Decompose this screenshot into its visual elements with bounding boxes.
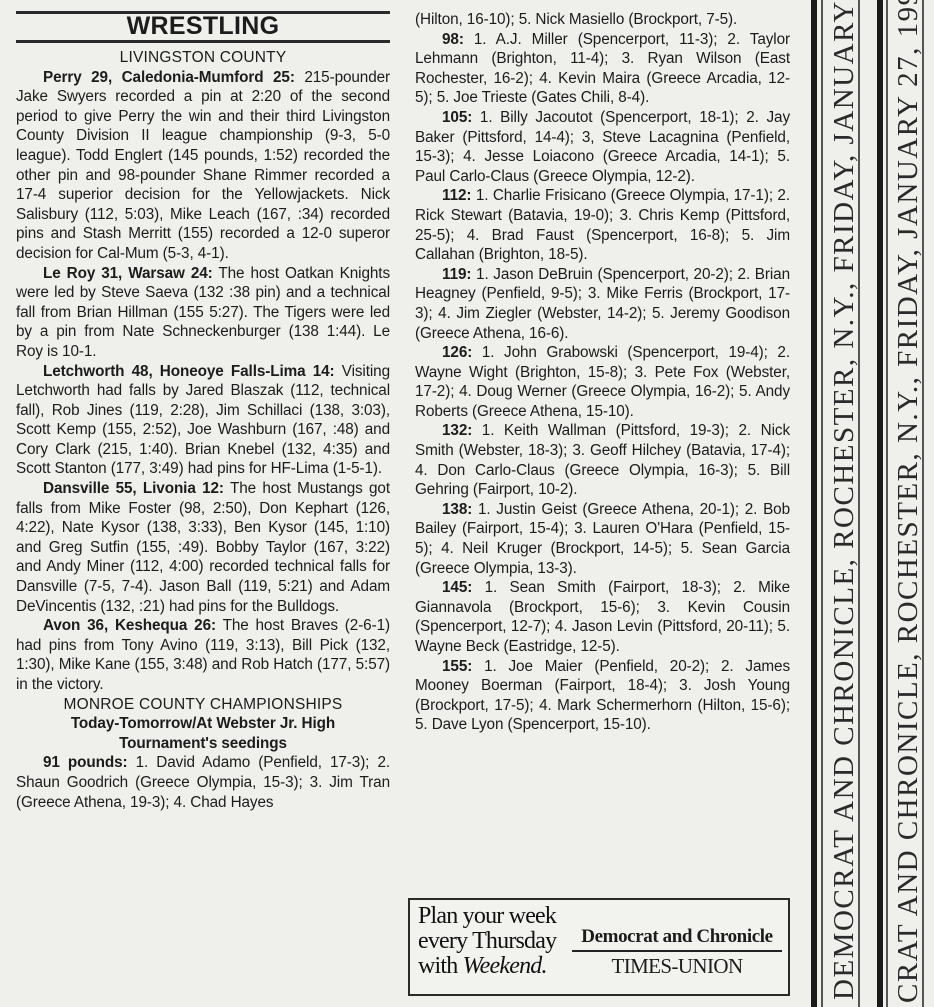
seeding-text: 1. Justin Geist (Greece Athena, 20-1); 2…	[415, 501, 790, 577]
seeding-weight: 91 pounds:	[43, 754, 128, 771]
seeding-text: 1. Billy Jacoutot (Spencerport, 18-1); 2…	[415, 109, 790, 185]
seeding-text: 1. Keith Wallman (Pittsford, 19-3); 2. N…	[415, 422, 790, 498]
result-lead: Dansville 55, Livonia 12:	[43, 480, 224, 497]
folio-text: DEMOCRAT AND CHRONICLE, ROCHESTER, N.Y.,…	[828, 0, 861, 1000]
folio-text: CRAT AND CHRONICLE, ROCHESTER, N.Y., FRI…	[892, 0, 925, 1003]
seeding-text: 1. A.J. Miller (Spencerport, 11-3); 2. T…	[415, 31, 790, 107]
strip-rule	[811, 0, 817, 1007]
seeding-text: 1. Sean Smith (Fairport, 18-3); 2. Mike …	[415, 579, 790, 655]
section-title: WRESTLING	[16, 14, 390, 38]
result-lead: Le Roy 31, Warsaw 24:	[43, 265, 213, 282]
seeding-paragraph: 112: 1. Charlie Frisicano (Greece Olympi…	[415, 186, 790, 264]
seedings-title: Tournament's seedings	[16, 734, 390, 754]
seeding-paragraph: 98: 1. A.J. Miller (Spencerport, 11-3); …	[415, 30, 790, 108]
seeding-text: (Hilton, 16-10); 5. Nick Masiello (Brock…	[415, 11, 737, 28]
county-subhead: LIVINGSTON COUNTY	[16, 48, 390, 68]
seeding-weight: 145:	[442, 579, 472, 596]
page-folio-strip-1: DEMOCRAT AND CHRONICLE, ROCHESTER, N.Y.,…	[806, 0, 866, 1007]
newspaper-sub-logo: TIMES-UNION	[572, 952, 782, 980]
ad-weekend-label: Weekend.	[463, 953, 547, 979]
seeding-paragraph: 126: 1. John Grabowski (Spencerport, 19-…	[415, 343, 790, 421]
ad-line-2: every Thursday	[418, 929, 556, 954]
result-paragraph: Le Roy 31, Warsaw 24: The host Oatkan Kn…	[16, 264, 390, 362]
result-text: 215-pounder Jake Swyers recorded a pin a…	[16, 69, 390, 262]
ad-line-3: with Weekend.	[418, 954, 556, 979]
seeding-weight: 138:	[442, 501, 472, 518]
seeding-weight: 126:	[442, 344, 472, 361]
result-paragraph: Perry 29, Caledonia-Mumford 25: 215-poun…	[16, 68, 390, 264]
ad-tagline: Plan your week every Thursday with Weeke…	[418, 904, 556, 979]
seeding-weight: 155:	[442, 658, 472, 675]
seeding-text: 1. Jason DeBruin (Spencerport, 20-2); 2.…	[415, 266, 790, 342]
ad-brand-block: Democrat and Chronicle TIMES-UNION	[572, 926, 782, 980]
seeding-paragraph: 91 pounds: 1. David Adamo (Penfield, 17-…	[16, 753, 390, 812]
seeding-weight: 112:	[442, 187, 471, 204]
seeding-paragraph: 132: 1. Keith Wallman (Pittsford, 19-3);…	[415, 421, 790, 499]
headline-rule-bottom	[16, 40, 390, 43]
ad-line-1: Plan your week	[418, 904, 556, 929]
strip-rule	[886, 0, 888, 1007]
championships-schedule: Today-Tomorrow/At Webster Jr. High	[16, 714, 390, 734]
result-paragraph: Letchworth 48, Honeoye Falls-Lima 14: Vi…	[16, 362, 390, 480]
seeding-text: 1. Joe Maier (Penfield, 20-2); 2. James …	[415, 658, 790, 734]
seeding-paragraph: 155: 1. Joe Maier (Penfield, 20-2); 2. J…	[415, 657, 790, 735]
result-paragraph: Dansville 55, Livonia 12: The host Musta…	[16, 479, 390, 616]
seeding-weight: 132:	[442, 422, 472, 439]
result-lead: Avon 36, Keshequa 26:	[43, 617, 216, 634]
page-folio-strip-2: CRAT AND CHRONICLE, ROCHESTER, N.Y., FRI…	[874, 0, 934, 1007]
seeding-paragraph: 105: 1. Billy Jacoutot (Spencerport, 18-…	[415, 108, 790, 186]
result-text: The host Mustangs got falls from Mike Fo…	[16, 480, 390, 615]
seeding-weight: 119:	[442, 266, 471, 283]
seeding-paragraph: 145: 1. Sean Smith (Fairport, 18-3); 2. …	[415, 578, 790, 656]
result-lead: Perry 29, Caledonia-Mumford 25:	[43, 69, 295, 86]
seeding-paragraph: 119: 1. Jason DeBruin (Spencerport, 20-2…	[415, 265, 790, 343]
seeding-text: 1. John Grabowski (Spencerport, 19-4); 2…	[415, 344, 790, 420]
left-column: WRESTLING LIVINGSTON COUNTY Perry 29, Ca…	[16, 0, 390, 812]
seeding-paragraph-continued: (Hilton, 16-10); 5. Nick Masiello (Brock…	[415, 10, 790, 30]
seeding-weight: 98:	[442, 31, 464, 48]
championships-heading: MONROE COUNTY CHAMPIONSHIPS	[16, 695, 390, 715]
result-lead: Letchworth 48, Honeoye Falls-Lima 14:	[43, 363, 335, 380]
ad-line-3-prefix: with	[418, 953, 463, 979]
strip-rule	[821, 0, 823, 1007]
seeding-paragraph: 138: 1. Justin Geist (Greece Athena, 20-…	[415, 500, 790, 578]
seeding-text: 1. Charlie Frisicano (Greece Olympia, 17…	[415, 187, 790, 263]
weekend-ad[interactable]: Plan your week every Thursday with Weeke…	[408, 898, 790, 996]
seeding-weight: 105:	[442, 109, 472, 126]
newspaper-logo: Democrat and Chronicle	[572, 926, 782, 952]
right-column: (Hilton, 16-10); 5. Nick Masiello (Brock…	[415, 10, 790, 735]
result-paragraph: Avon 36, Keshequa 26: The host Braves (2…	[16, 616, 390, 694]
strip-rule	[877, 0, 883, 1007]
